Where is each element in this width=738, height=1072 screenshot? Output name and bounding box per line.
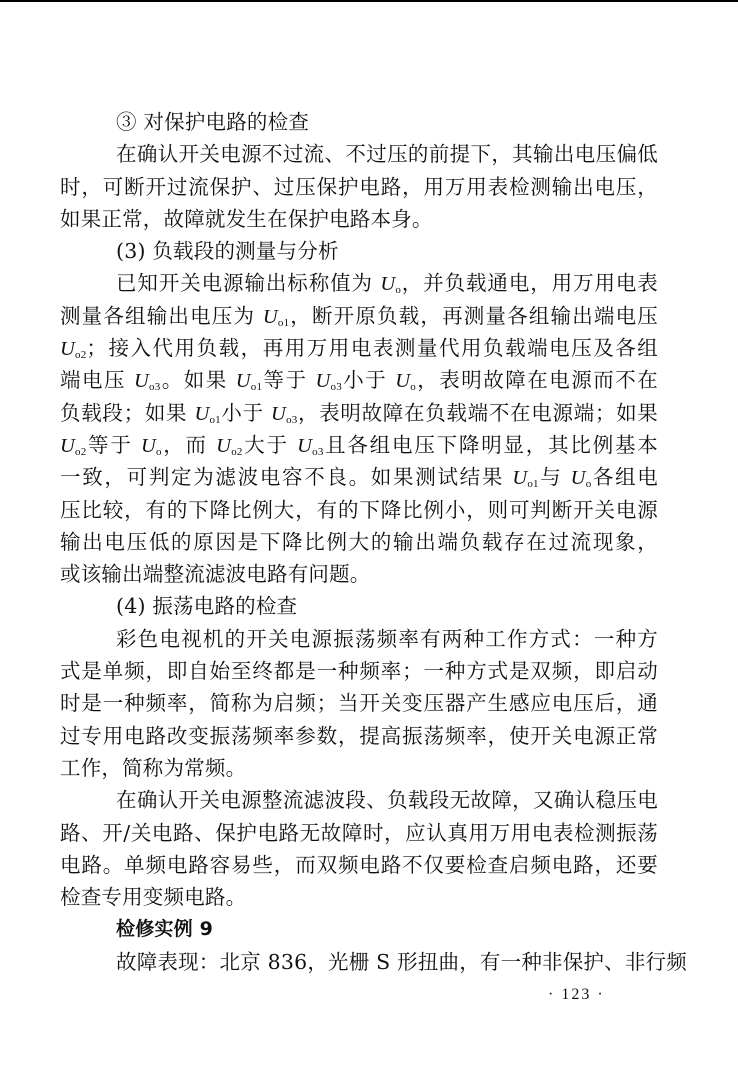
voltage-variable: Uo1 <box>236 370 262 392</box>
paragraph-line: 一致，可判定为滤波电容不良。如果测试结果 Uo1与 Uo各组电 <box>60 461 658 493</box>
paragraph-line: 输出电压低的原因是下降比例大的输出端负载存在过流现象， <box>60 526 658 558</box>
paragraph-line: 已知开关电源输出标称值为 Uo，并负载通电，用万用电表 <box>60 267 658 299</box>
paragraph-line: 或该输出端整流滤波电路有问题。 <box>60 558 658 590</box>
voltage-variable: Uo <box>395 370 416 392</box>
paragraph-line: 路、开/关电路、保护电路无故障时，应认真用万用电表检测振荡 <box>60 817 658 849</box>
paragraph-line: 端电压 Uo3。如果 Uo1等于 Uo3小于 Uo，表明故障在电源而不在 <box>60 364 658 396</box>
voltage-variable: Uo2 <box>60 435 86 457</box>
paragraph-line: 在确认开关电源不过流、不过压的前提下，其输出电压偏低 <box>60 138 658 170</box>
paragraph-line: 过专用电路改变振荡频率参数，提高振荡频率，使开关电源正常 <box>60 720 658 752</box>
paragraph-line: 彩色电视机的开关电源振荡频率有两种工作方式：一种方 <box>60 623 658 655</box>
section-heading-protection-check: ③ 对保护电路的检查 <box>60 106 658 138</box>
paragraph-line: 在确认开关电源整流滤波段、负载段无故障，又确认稳压电 <box>60 784 658 816</box>
voltage-variable: Uo3 <box>134 370 160 392</box>
paragraph-line: 检查专用变频电路。 <box>60 881 658 913</box>
paragraph-line: Uo2；接入代用负载，再用万用电表测量代用负载端电压及各组 <box>60 332 658 364</box>
paragraph-line: 工作，简称为常频。 <box>60 752 658 784</box>
section-heading-oscillation-check: (4) 振荡电路的检查 <box>60 590 658 622</box>
voltage-variable: Uo <box>380 273 401 295</box>
voltage-variable: Uo <box>141 435 162 457</box>
voltage-variable: Uo3 <box>271 403 297 425</box>
paragraph-line: 式是单频，即自始至终都是一种频率；一种方式是双频，即启动 <box>60 655 658 687</box>
paragraph-line: Uo2等于 Uo，而 Uo2大于 Uo3且各组电压下降明显，其比例基本 <box>60 429 658 461</box>
voltage-variable: Uo <box>571 467 592 489</box>
voltage-variable: Uo1 <box>512 467 538 489</box>
paragraph-line: 负载段；如果 Uo1小于 Uo3，表明故障在负载端不在电源端；如果 <box>60 397 658 429</box>
page-number: · 123 · <box>548 986 605 1004</box>
paragraph-line: 电路。单频电路容易些，而双频电路不仅要检查启频电路，还要 <box>60 849 658 881</box>
paragraph-line: 时是一种频率，简称为启频；当开关变压器产生感应电压后，通 <box>60 687 658 719</box>
paragraph-line: 压比较，有的下降比例大，有的下降比例小，则可判断开关电源 <box>60 494 658 526</box>
repair-example-heading: 检修实例 9 <box>60 913 658 945</box>
voltage-variable: Uo2 <box>216 435 242 457</box>
section-heading-load-measurement: (3) 负载段的测量与分析 <box>60 235 658 267</box>
paragraph-line: 如果正常，故障就发生在保护电路本身。 <box>60 203 658 235</box>
voltage-variable: Uo2 <box>60 338 86 360</box>
voltage-variable: Uo3 <box>316 370 342 392</box>
scan-top-edge-rule <box>0 0 738 2</box>
book-page-body: ③ 对保护电路的检查 在确认开关电源不过流、不过压的前提下，其输出电压偏低 时，… <box>60 106 658 978</box>
paragraph-line: 时，可断开过流保护、过压保护电路，用万用表检测输出电压， <box>60 171 658 203</box>
paragraph-line: 测量各组输出电压为 Uo1，断开原负载，再测量各组输出端电压 <box>60 300 658 332</box>
voltage-variable: Uo1 <box>194 403 220 425</box>
paragraph-line: 故障表现：北京 836，光栅 S 形扭曲，有一种非保护、非行频 <box>60 946 658 978</box>
voltage-variable: Uo1 <box>263 306 289 328</box>
voltage-variable: Uo3 <box>297 435 323 457</box>
